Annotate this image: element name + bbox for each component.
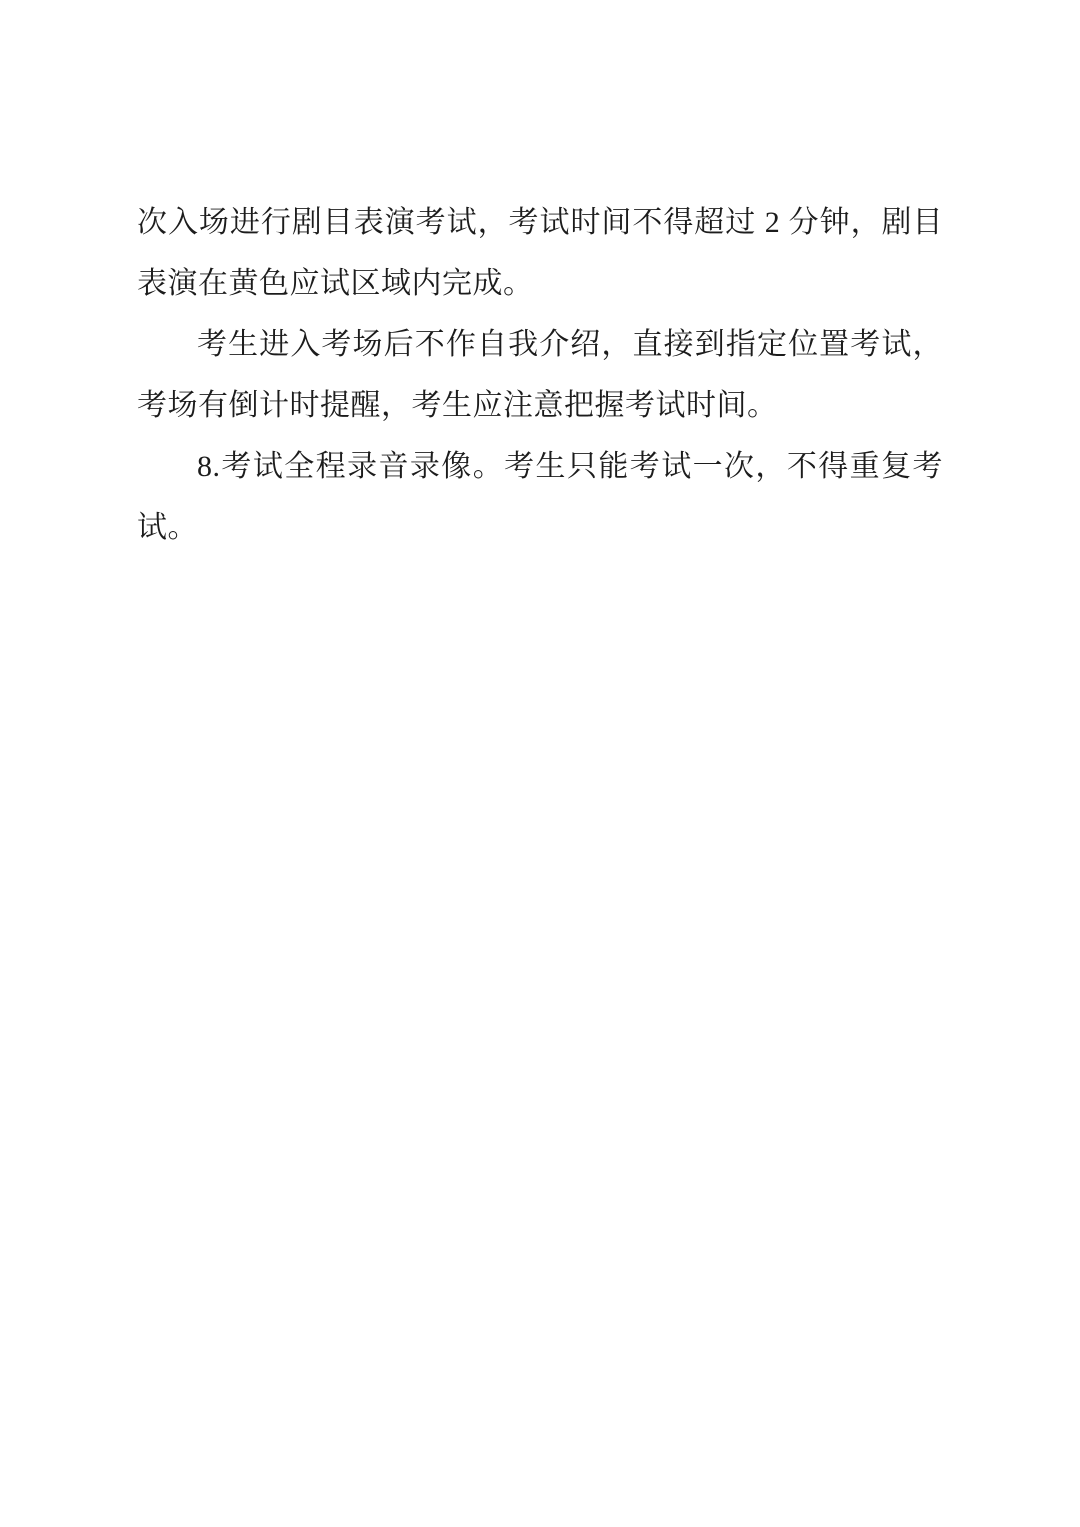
- document-body: 次入场进行剧目表演考试，考试时间不得超过 2 分钟，剧目表演在黄色应试区域内完成…: [137, 192, 943, 558]
- paragraph-continuation: 次入场进行剧目表演考试，考试时间不得超过 2 分钟，剧目表演在黄色应试区域内完成…: [137, 192, 943, 314]
- document-page: 次入场进行剧目表演考试，考试时间不得超过 2 分钟，剧目表演在黄色应试区域内完成…: [0, 0, 1080, 1527]
- paragraph-exam-procedure: 考生进入考场后不作自我介绍，直接到指定位置考试，考场有倒计时提醒，考生应注意把握…: [137, 314, 943, 436]
- paragraph-item-8: 8.考试全程录音录像。考生只能考试一次，不得重复考试。: [137, 436, 943, 558]
